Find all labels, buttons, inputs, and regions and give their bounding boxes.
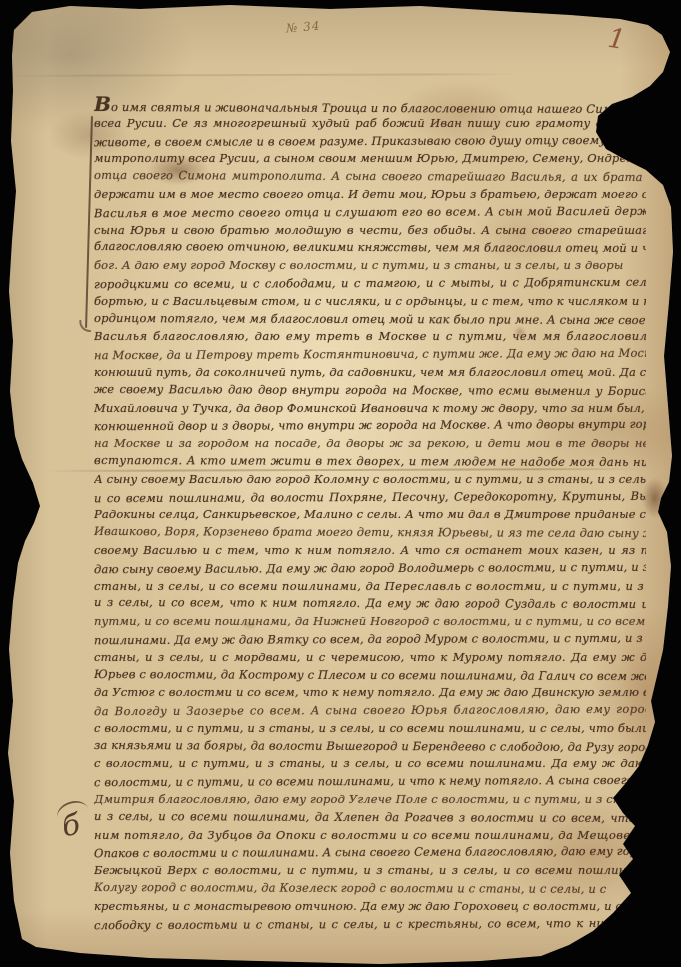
manuscript-line: слободку с волостьми и с станы, и с селы… [94, 914, 646, 934]
manuscript-line: всеа Русии. Се яз многогрешный худый раб… [94, 115, 646, 133]
manuscript-line: за князьями и за бояры, да волости Вышег… [94, 737, 646, 757]
manuscript-line: и з селы, и со всеми пошлинами, да Хлепе… [94, 808, 646, 828]
paper-crease-top [0, 73, 520, 77]
manuscript-line: сына Юрья и свою братью молодшую в чести… [94, 222, 646, 240]
folio-number: 1 [606, 23, 628, 56]
manuscript-line: митрополиту всеа Русии, а сыном своим ме… [94, 150, 646, 168]
margin-mark: б [59, 807, 82, 844]
manuscript-line: путми, и со всеми пошлинами, да Нижней Н… [94, 613, 646, 631]
manuscript-line: же своему Василью даю двор внутри города… [94, 381, 646, 401]
manuscript-line: конюшенной двор и з дворы, что внутри ж … [94, 416, 646, 436]
manuscript-line: с волостми, и с путми, и со всеми пошлин… [94, 772, 646, 792]
manuscript-line: да Вологду и Заозерье со всем. А сына св… [94, 701, 646, 721]
manuscript-line: конюший путь, да соколничей путь, да сад… [94, 364, 646, 382]
manuscript-line: с волостми, и с путми, и з станы, и з се… [94, 755, 646, 773]
manuscript-line: да Устюг с волостми и со всем, что к нем… [94, 684, 646, 702]
manuscript-line: городцкими со всеми, и с слободами, и с … [94, 274, 646, 294]
manuscript-line: благословляю своею отчиною, великими кня… [94, 238, 646, 258]
manuscript-line: бортью, и с Васильцевым стом, и с числяк… [94, 293, 646, 311]
manuscript-line: на Москве и за городом на посаде, да дво… [94, 435, 646, 453]
manuscript-line: Юрьев с волостми, да Кострому с Плесом и… [94, 665, 646, 685]
manuscript-line: Во имя святыя и живоначальныя Троица и п… [94, 96, 646, 116]
manuscript-line: Михайловича у Тучка, да двор Фоминской И… [94, 400, 646, 418]
manuscript-line: бог. А даю ему город Москву с волостми, … [94, 257, 646, 275]
manuscript-line: Дмитрия благословляю, даю ему город Угле… [94, 791, 646, 809]
manuscript-line: животе, в своем смысле и в своем разуме.… [94, 131, 646, 151]
manuscript-line: и з селы, и со всем, что к ним потягло. … [94, 594, 646, 614]
manuscript-line: держати им в мое место своего отца. И де… [94, 186, 646, 204]
manuscript-line: Радокины селца, Санкирьевское, Малино с … [94, 506, 646, 524]
manuscript-line: Василья в мое место своего отца и слушаю… [94, 203, 646, 223]
manuscript-line: ординцом потягло, чем мя благословил оте… [94, 310, 646, 330]
manuscript-line: даю сыну своему Василью. Да ему ж даю го… [94, 559, 646, 579]
manuscript-scan: № 34 1 б Во имя святыя и живоначальныя Т… [0, 0, 681, 967]
manuscript-line: на Москве, да и Петрову треть Костянтино… [94, 345, 646, 365]
manuscript-line: вступаются. А кто имет жити в тех дворех… [94, 452, 646, 472]
manuscript-line: Опаков с волостми и с пошлинами. А сына … [94, 843, 646, 863]
manuscript-line: ним потягло, да Зубцов да Опоки с волост… [94, 827, 646, 845]
manuscript-line: Колугу город с волостми, да Козелеск гор… [94, 879, 646, 899]
manuscript-line: своему Василью и с тем, что к ним потягл… [94, 542, 646, 560]
archive-number-annotation: № 34 [285, 19, 321, 36]
manuscript-line: с волостми, и с путми, и з станы, и з се… [94, 720, 646, 738]
manuscript-line: Василья благословляю, даю ему треть в Мо… [94, 328, 646, 346]
manuscript-line: и со всеми пошлинами, да волости Похряне… [94, 487, 646, 507]
initial-letter-flourish [85, 116, 93, 328]
manuscript-line: крестьяны, и с монастыревою отчиною. Да … [94, 898, 646, 916]
manuscript-text: Во имя святыя и живоначальныя Троица и п… [94, 97, 646, 933]
manuscript-line: Ивашково, Воря, Корзенево брата моего де… [94, 523, 646, 543]
manuscript-line: А сыну своему Василью даю город Коломну … [94, 471, 646, 489]
manuscript-line: станы, и з селы, и с мордвами, и с черем… [94, 649, 646, 667]
manuscript-line: Бежыцкой Верх с волостми, и с путми, и з… [94, 862, 646, 880]
parchment-sheet: № 34 1 б Во имя святыя и живоначальныя Т… [0, 0, 681, 967]
manuscript-line: отца своего Симона митрополита. А сына с… [94, 167, 646, 187]
manuscript-line: станы, и з селы, и со всеми пошлинами, д… [94, 578, 646, 596]
manuscript-line: пошлинами. Да ему ж даю Вятку со всем, д… [94, 630, 646, 650]
